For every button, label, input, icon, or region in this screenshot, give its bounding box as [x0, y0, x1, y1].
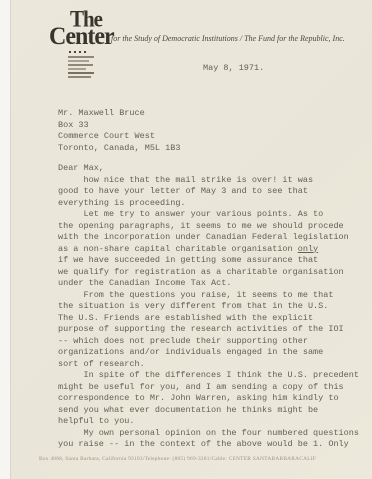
body-line: if we have succeeded in getting some ass… [58, 255, 359, 267]
body-line: how nice that the mail strike is over! i… [58, 175, 359, 187]
body-line: -- which does not preclude their support… [58, 336, 359, 348]
recipient-address: Mr. Maxwell Bruce Box 33 Commerce Court … [58, 108, 180, 154]
body-line: everything is proceeding. [58, 198, 359, 210]
letter-paper: The Center for the Study of Democratic I… [10, 0, 372, 479]
body-line: In spite of the differences I think the … [58, 370, 359, 382]
body-line: purpose of supporting the research activ… [58, 324, 359, 336]
letterhead-brand-center: Center [49, 23, 114, 51]
address-line: Box 33 [58, 120, 180, 132]
body-line: helpful to you. [58, 416, 359, 428]
letterhead-column-decoration [68, 56, 94, 80]
letterhead-dots-decoration [69, 51, 86, 53]
body-line: might be useful for you, and I am sendin… [58, 382, 359, 394]
body-line: the situation is very different from tha… [58, 301, 359, 313]
underlined-word: only [298, 244, 318, 254]
letterhead-tagline: for the Study of Democratic Institutions… [111, 34, 372, 43]
address-line: Commerce Court West [58, 131, 180, 143]
body-line: good to have your letter of May 3 and to… [58, 186, 359, 198]
letter-date: May 8, 1971. [203, 63, 264, 75]
body-line: My own personal opinion on the four numb… [58, 428, 359, 440]
body-line: The U.S. Friends are established with th… [58, 313, 359, 325]
body-line: send you what ever documentation he thin… [58, 405, 359, 417]
address-line: Mr. Maxwell Bruce [58, 108, 180, 120]
salutation-line: Dear Max, [58, 163, 359, 175]
body-line-prefix: as a non-share capital charitable organi… [58, 244, 298, 254]
body-line: correspondence to Mr. John Warren, askin… [58, 393, 359, 405]
address-line: Toronto, Canada, M5L 1B3 [58, 143, 180, 155]
body-line: Let me try to answer your various points… [58, 209, 359, 221]
body-line: organizations and/or individuals engaged… [58, 347, 359, 359]
letter-body: Dear Max, how nice that the mail strike … [58, 163, 359, 451]
body-line: From the questions you raise, it seems t… [58, 290, 359, 302]
body-line: sort of research. [58, 359, 359, 371]
body-line: the opening paragraphs, it seems to me w… [58, 221, 359, 233]
body-line-with-underline: as a non-share capital charitable organi… [58, 244, 359, 256]
body-line: under the Canadian Income Tax Act. [58, 278, 359, 290]
letterhead-footer-address: Box 4068, Santa Barbara, California 9310… [39, 456, 369, 462]
body-line: with the incorporation under Canadian Fe… [58, 232, 359, 244]
body-line: we qualify for registration as a charita… [58, 267, 359, 279]
body-line: you raise -- in the context of the above… [58, 439, 359, 451]
